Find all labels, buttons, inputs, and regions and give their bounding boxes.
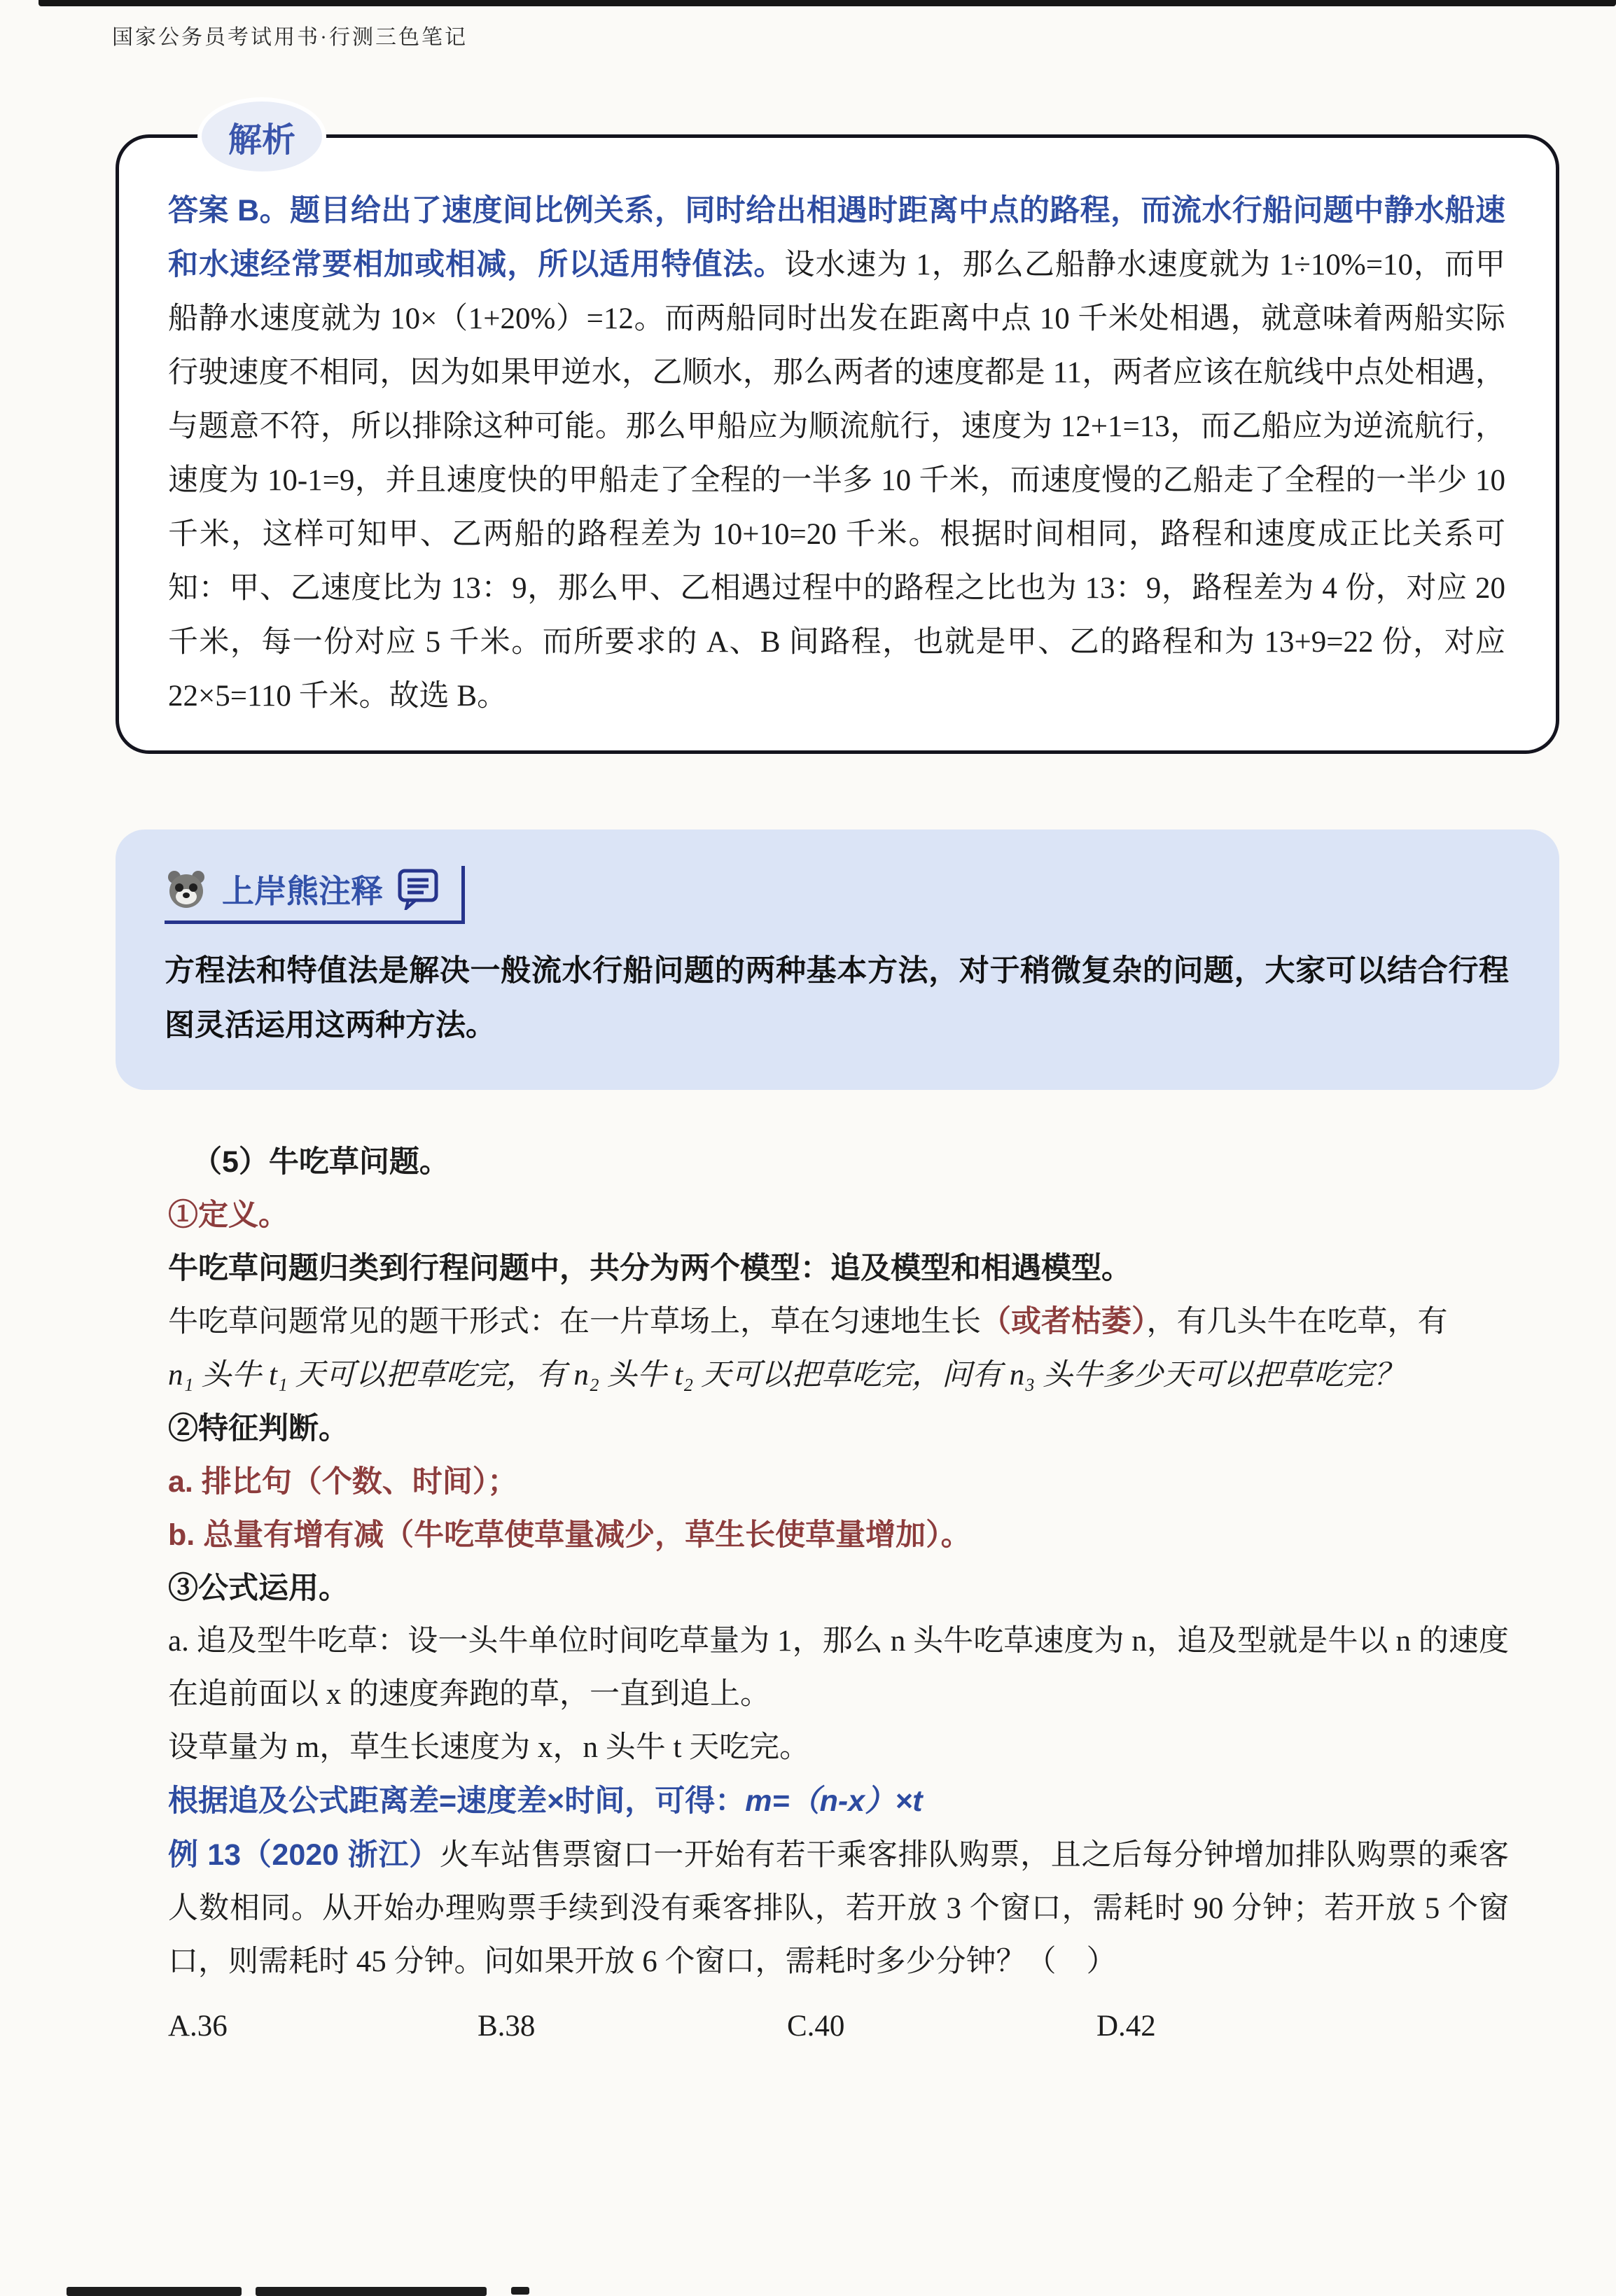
speech-bubble-icon [397, 868, 446, 910]
scan-artifact-top [39, 0, 1616, 6]
section-title: （5）牛吃草问题。 [168, 1135, 1509, 1189]
stem-variables-line: n₁ 头牛 t₁ 天可以把草吃完，有 n₂ 头牛 t₂ 天可以把草吃完，问有 n… [168, 1349, 1509, 1402]
stem-line: 牛吃草问题常见的题干形式：在一片草场上，草在匀速地生长（或者枯萎），有几头牛在吃… [168, 1295, 1509, 1349]
stem-post: ，有几头牛在吃草，有 [1147, 1305, 1448, 1338]
formula-rule-math: m=（n-x）×t [745, 1784, 922, 1818]
formula-rule-label: 根据追及公式距离差=速度差×时间，可得： [168, 1784, 745, 1818]
bear-icon [165, 869, 208, 909]
option-b: B.38 [478, 2000, 787, 2053]
formula-heading: ③公式运用。 [168, 1562, 1509, 1615]
note-box: 上岸熊注释 方程法和特值法是解决一般流水行船问题的两种基本方法，对于稍微复杂的问… [116, 829, 1559, 1090]
analysis-label-pill: 解析 [202, 101, 322, 171]
scan-artifact-bottom-1 [67, 2287, 242, 2296]
feature-item-b: b. 总量有增有减（牛吃草使草量减少，草生长使草量增加）。 [168, 1508, 1509, 1562]
example-label: 例 13（2020 浙江） [168, 1838, 440, 1872]
answer-options: A.36B.38C.40D.42 [168, 2000, 1509, 2053]
example-paragraph: 例 13（2020 浙江）火车站售票窗口一开始有若干乘客排队购票，且之后每分钟增… [168, 1828, 1509, 1989]
formula-pursuit-text: a. 追及型牛吃草：设一头牛单位时间吃草量为 1，那么 n 头牛吃草速度为 n，… [168, 1615, 1509, 1721]
note-text: 方程法和特值法是解决一般流水行船问题的两种基本方法，对于稍微复杂的问题，大家可以… [165, 944, 1509, 1053]
definition-line: 牛吃草问题归类到行程问题中，共分为两个模型：追及模型和相遇模型。 [168, 1242, 1509, 1295]
feature-item-a: a. 排比句（个数、时间）； [168, 1455, 1509, 1508]
formula-rule-line: 根据追及公式距离差=速度差×时间，可得：m=（n-x）×t [168, 1774, 1509, 1828]
note-title-row: 上岸熊注释 [165, 866, 465, 924]
definition-heading: ①定义。 [168, 1189, 1509, 1242]
stem-red-segment: （或者枯萎） [981, 1305, 1147, 1338]
stem-pre: 牛吃草问题常见的题干形式：在一片草场上，草在匀速地生长 [168, 1305, 981, 1338]
analysis-label: 解析 [228, 113, 295, 161]
option-d: D.42 [1096, 2000, 1156, 2053]
analysis-paragraph: 答案 B。题目给出了速度间比例关系，同时给出相遇时距离中点的路程，而流水行船问题… [119, 138, 1556, 723]
option-c: C.40 [787, 2000, 1096, 2053]
content-area: （5）牛吃草问题。 ①定义。 牛吃草问题归类到行程问题中，共分为两个模型：追及模… [168, 1135, 1509, 2053]
scanned-textbook-page: 国家公务员考试用书·行测三色笔记 解析 答案 B。题目给出了速度间比例关系，同时… [0, 0, 1616, 2296]
scan-artifact-bottom-3 [511, 2287, 529, 2295]
analysis-body-text: 设水速为 1，那么乙船静水速度就为 1÷10%=10，而甲船静水速度就为 10×… [168, 248, 1505, 713]
page-header: 国家公务员考试用书·行测三色笔记 [112, 20, 468, 50]
option-a: A.36 [168, 2000, 478, 2053]
scan-artifact-bottom-2 [256, 2287, 487, 2296]
analysis-box: 解析 答案 B。题目给出了速度间比例关系，同时给出相遇时距离中点的路程，而流水行… [116, 134, 1559, 754]
formula-setup-text: 设草量为 m，草生长速度为 x，n 头牛 t 天吃完。 [168, 1721, 1509, 1774]
note-title: 上岸熊注释 [222, 866, 383, 912]
feature-heading: ②特征判断。 [168, 1402, 1509, 1455]
